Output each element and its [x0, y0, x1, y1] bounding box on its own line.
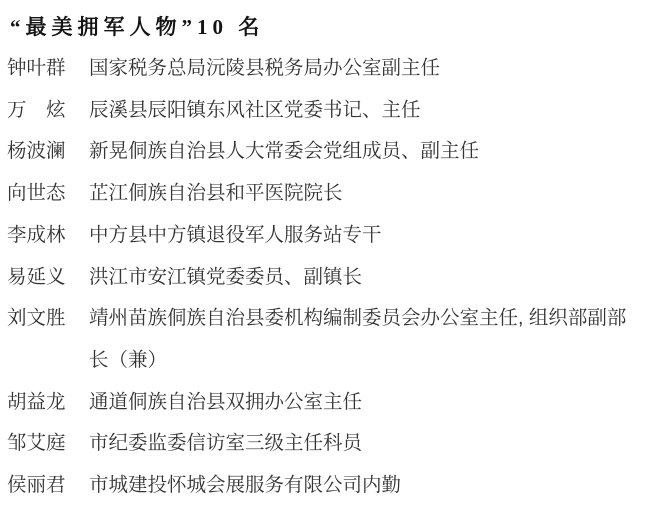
person-title: 市纪委监委信访室三级主任科员 [89, 423, 362, 465]
person-title: 通道侗族自治县双拥办公室主任 [89, 382, 362, 424]
list-item: 万 炫 辰溪县辰阳镇东风社区党委书记、主任 [7, 90, 669, 132]
list-item: 侯丽君 市城建投怀城会展服务有限公司内勤 [7, 465, 669, 507]
person-name: 邹艾庭 [7, 423, 69, 465]
person-title: 新晃侗族自治县人大常委会党组成员、副主任 [89, 131, 479, 173]
document-page: “最美拥军人物”10 名 钟叶群 国家税务总局沅陵县税务局办公室副主任 万 炫 … [0, 0, 669, 514]
page-title: “最美拥军人物”10 名 [7, 6, 669, 48]
person-name: 侯丽君 [7, 465, 69, 507]
list-item: 易延义 洪江市安江镇党委委员、副镇长 [7, 257, 669, 299]
people-list: 钟叶群 国家税务总局沅陵县税务局办公室副主任 万 炫 辰溪县辰阳镇东风社区党委书… [7, 48, 669, 507]
person-name: 李成林 [7, 215, 69, 257]
person-title: 辰溪县辰阳镇东风社区党委书记、主任 [89, 90, 421, 132]
person-name: 胡益龙 [7, 382, 69, 424]
person-title: 洪江市安江镇党委委员、副镇长 [89, 257, 362, 299]
person-title: 靖州苗族侗族自治县委机构编制委员会办公室主任, 组织部副部长（兼） [89, 298, 639, 381]
person-name: 刘文胜 [7, 298, 69, 340]
person-title: 中方县中方镇退役军人服务站专干 [89, 215, 382, 257]
person-name: 杨波澜 [7, 131, 69, 173]
person-title: 市城建投怀城会展服务有限公司内勤 [89, 465, 401, 507]
person-name: 易延义 [7, 257, 69, 299]
list-item: 杨波澜 新晃侗族自治县人大常委会党组成员、副主任 [7, 131, 669, 173]
person-name: 万 炫 [7, 90, 69, 132]
person-title: 芷江侗族自治县和平医院院长 [89, 173, 343, 215]
person-name: 钟叶群 [7, 48, 69, 90]
person-name: 向世态 [7, 173, 69, 215]
list-item: 胡益龙 通道侗族自治县双拥办公室主任 [7, 382, 669, 424]
person-title: 国家税务总局沅陵县税务局办公室副主任 [89, 48, 440, 90]
list-item: 向世态 芷江侗族自治县和平医院院长 [7, 173, 669, 215]
list-item: 刘文胜 靖州苗族侗族自治县委机构编制委员会办公室主任, 组织部副部长（兼） [7, 298, 669, 381]
list-item: 钟叶群 国家税务总局沅陵县税务局办公室副主任 [7, 48, 669, 90]
list-item: 邹艾庭 市纪委监委信访室三级主任科员 [7, 423, 669, 465]
list-item: 李成林 中方县中方镇退役军人服务站专干 [7, 215, 669, 257]
